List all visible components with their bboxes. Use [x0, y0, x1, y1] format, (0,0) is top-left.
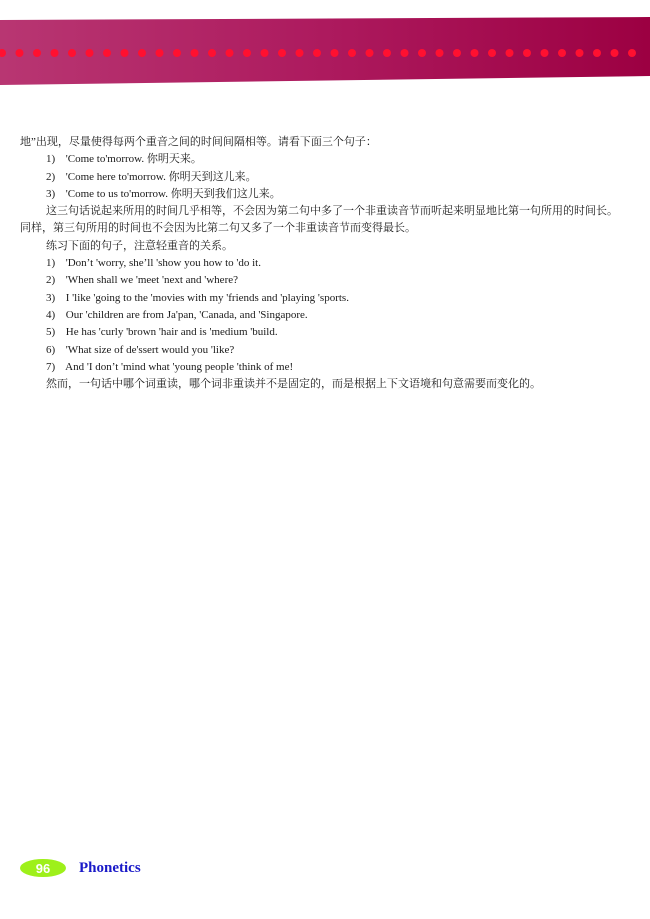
- banner-dot: [313, 49, 321, 57]
- exercise-7: 7) And 'I don’t 'mind what 'young people…: [20, 359, 640, 376]
- exercise-number: 4): [46, 307, 63, 324]
- exercise-text: Our 'children are from Ja'pan, 'Canada, …: [66, 309, 308, 321]
- example-3: 3) 'Come to us to'morrow. 你明天到我们这儿来。: [20, 186, 640, 203]
- example-text: 'Come here to'morrow. 你明天到这儿来。: [66, 171, 257, 183]
- banner-dot: [436, 49, 444, 57]
- banner-dot: [138, 49, 146, 57]
- exercise-text: And 'I don’t 'mind what 'young people 't…: [65, 361, 293, 373]
- exercise-number: 5): [46, 324, 63, 341]
- exercise-text: 'When shall we 'meet 'next and 'where?: [66, 274, 238, 286]
- example-number: 3): [46, 186, 63, 203]
- banner-dot: [33, 49, 41, 57]
- exercise-5: 5) He has 'curly 'brown 'hair and is 'me…: [20, 324, 640, 341]
- example-text: 'Come to us to'morrow. 你明天到我们这儿来。: [66, 188, 281, 200]
- banner-dot: [173, 49, 181, 57]
- banner-dot: [208, 49, 216, 57]
- banner-dot: [348, 49, 356, 57]
- explanation-paragraph: 这三句话说起来所用的时间几乎相等，不会因为第二句中多了一个非重读音节而听起来明显…: [20, 203, 640, 220]
- banner-dot: [278, 49, 286, 57]
- exercise-2: 2) 'When shall we 'meet 'next and 'where…: [20, 272, 640, 289]
- example-2: 2) 'Come here to'morrow. 你明天到这儿来。: [20, 169, 640, 186]
- banner-dot: [191, 49, 199, 57]
- exercise-number: 2): [46, 272, 63, 289]
- banner-dot: [611, 49, 619, 57]
- exercise-text: 'Don’t 'worry, she’ll 'show you how to '…: [66, 257, 261, 269]
- banner-dot: [383, 49, 391, 57]
- exercise-1: 1) 'Don’t 'worry, she’ll 'show you how t…: [20, 255, 640, 272]
- header-banner: [0, 0, 650, 90]
- exercise-number: 1): [46, 255, 63, 272]
- banner-dot: [593, 49, 601, 57]
- banner-dot: [541, 49, 549, 57]
- example-text: 'Come to'morrow. 你明天来。: [66, 153, 202, 165]
- banner-band: [0, 17, 650, 85]
- example-number: 1): [46, 151, 63, 168]
- page-footer: 96 Phonetics: [20, 858, 141, 878]
- explanation-continuation: 同样，第三句所用的时间也不会因为比第二句又多了一个非重读音节而变得最长。: [20, 220, 640, 237]
- page-number-badge: 96: [20, 859, 66, 877]
- exercise-heading: 练习下面的句子，注意轻重音的关系。: [20, 238, 640, 255]
- banner-dot: [506, 49, 514, 57]
- banner-dot: [156, 49, 164, 57]
- banner-dot: [418, 49, 426, 57]
- conclusion-paragraph: 然而，一句话中哪个词重读，哪个词非重读并不是固定的，而是根据上下文语境和句意需要…: [20, 376, 640, 393]
- section-title: Phonetics: [79, 860, 141, 877]
- banner-dot: [628, 49, 636, 57]
- banner-dot: [471, 49, 479, 57]
- banner-dot: [331, 49, 339, 57]
- exercise-number: 6): [46, 342, 63, 359]
- example-number: 2): [46, 169, 63, 186]
- exercise-text: I 'like 'going to the 'movies with my 'f…: [66, 292, 349, 304]
- banner-dot: [226, 49, 234, 57]
- exercise-text: He has 'curly 'brown 'hair and is 'mediu…: [66, 326, 278, 338]
- banner-dot: [296, 49, 304, 57]
- example-1: 1) 'Come to'morrow. 你明天来。: [20, 151, 640, 168]
- banner-dot: [51, 49, 59, 57]
- banner-dot: [453, 49, 461, 57]
- banner-dot: [86, 49, 94, 57]
- banner-dot: [16, 49, 24, 57]
- banner-dot: [243, 49, 251, 57]
- intro-line: 地”出现，尽量使得每两个重音之间的时间间隔相等。请看下面三个句子：: [20, 134, 640, 151]
- exercise-4: 4) Our 'children are from Ja'pan, 'Canad…: [20, 307, 640, 324]
- banner-dot: [261, 49, 269, 57]
- banner-dot: [558, 49, 566, 57]
- exercise-number: 7): [46, 359, 63, 376]
- exercise-6: 6) 'What size of de'ssert would you 'lik…: [20, 342, 640, 359]
- banner-dot: [401, 49, 409, 57]
- exercise-number: 3): [46, 290, 63, 307]
- banner-dot: [366, 49, 374, 57]
- banner-dot: [488, 49, 496, 57]
- exercise-text: 'What size of de'ssert would you 'like?: [66, 344, 234, 356]
- exercise-3: 3) I 'like 'going to the 'movies with my…: [20, 290, 640, 307]
- banner-dot: [68, 49, 76, 57]
- banner-dot: [576, 49, 584, 57]
- page-content: 地”出现，尽量使得每两个重音之间的时间间隔相等。请看下面三个句子： 1) 'Co…: [20, 134, 640, 393]
- banner-dot: [523, 49, 531, 57]
- banner-dot: [103, 49, 111, 57]
- banner-dot: [121, 49, 129, 57]
